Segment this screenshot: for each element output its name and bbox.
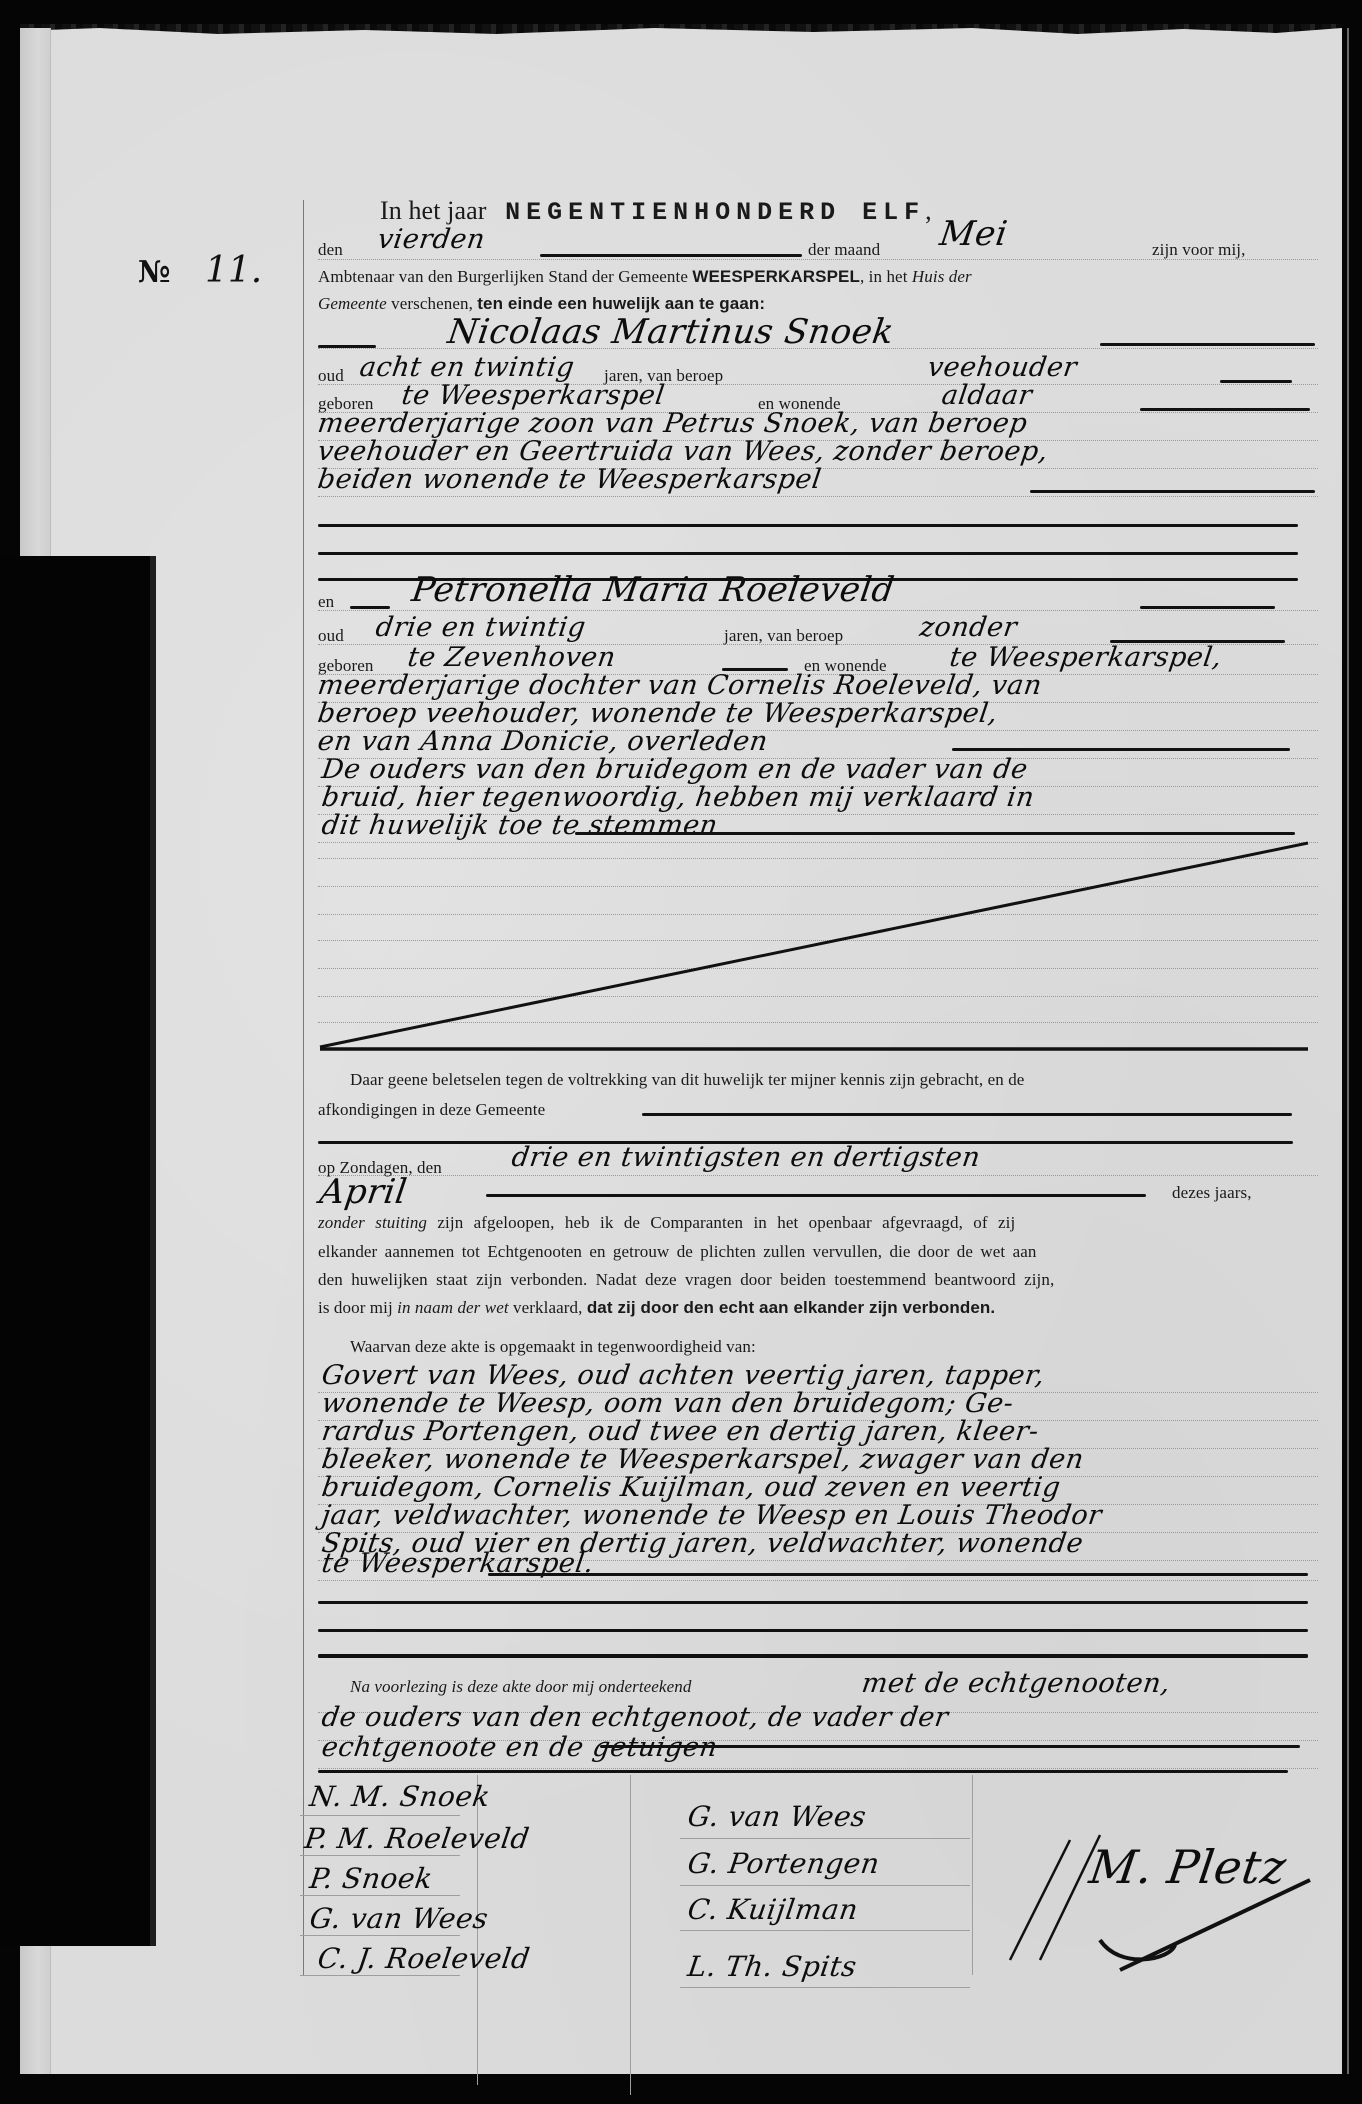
witnesses-intro: Waarvan deze akte is opgemaakt in tegenw… xyxy=(350,1337,756,1357)
groom-parents-line-3: beiden wonende te Weesperkarspel xyxy=(316,464,824,495)
banns-line-1: Daar geene beletselen tegen de voltrekki… xyxy=(350,1070,1024,1090)
black-index-tab xyxy=(0,556,156,1946)
groom-parents-line-1: meerderjarige zoon van Petrus Snoek, van… xyxy=(316,408,1030,439)
witness-line-1: Govert van Wees, oud achten veertig jare… xyxy=(320,1360,1047,1391)
bride-name: Petronella Maria Roeleveld xyxy=(409,570,897,610)
bride-birthplace: te Zevenhoven xyxy=(406,642,618,673)
year-text: NEGENTIENHONDERD ELF xyxy=(505,198,925,227)
signature-witness-3: C. Kuijlman xyxy=(686,1893,861,1926)
groom-residence: aldaar xyxy=(940,380,1034,411)
municipality-name: WEESPERKARSPEL xyxy=(692,267,860,286)
margin-rule xyxy=(303,200,304,1975)
registrar-flourish xyxy=(1000,1810,1330,1980)
header-comma: , xyxy=(925,196,932,225)
witness-line-6: jaar, veldwachter, wonende te Weesp en L… xyxy=(320,1500,1104,1531)
official-text: Ambtenaar van den Burgerlijken Stand der… xyxy=(318,267,688,286)
groom-parents-line-2: veehouder en Geertruida van Wees, zonder… xyxy=(316,436,1050,467)
month-handwritten: Mei xyxy=(937,214,1010,254)
official-line: Ambtenaar van den Burgerlijken Stand der… xyxy=(318,267,972,287)
bride-parents-line-3: en van Anna Donicie, overleden xyxy=(316,726,770,757)
appear-line: Gemeente verschenen, ten einde een huwel… xyxy=(318,294,765,314)
groom-profession: veehouder xyxy=(926,352,1079,383)
signature-groom-mother: G. van Wees xyxy=(308,1902,491,1935)
signature-bride: P. M. Roeleveld xyxy=(303,1822,532,1855)
bride-age: drie en twintig xyxy=(374,612,588,643)
banns-italic: zonder stuiting xyxy=(318,1213,427,1232)
signature-groom-father: P. Snoek xyxy=(308,1862,435,1895)
date-prefix: den xyxy=(318,240,343,260)
page-right-edge xyxy=(1347,28,1349,2074)
bride-parents-line-1: meerderjarige dochter van Cornelis Roele… xyxy=(316,670,1044,701)
this-year-label: dezes jaars, xyxy=(1172,1183,1252,1203)
groom-age: acht en twintig xyxy=(358,352,577,383)
bride-connector: en xyxy=(318,592,334,612)
witness-line-3: rardus Portengen, oud twee en dertig jar… xyxy=(320,1416,1041,1447)
day-handwritten: vierden xyxy=(376,224,487,255)
groom-age-label: oud xyxy=(318,366,344,386)
banns-para-line-2: elkander aannemen tot Echtgenooten en ge… xyxy=(318,1242,1037,1262)
groom-name: Nicolaas Martinus Snoek xyxy=(445,312,896,352)
record-number: 11. xyxy=(205,250,262,291)
signature-witness-1: G. van Wees xyxy=(686,1800,869,1833)
final-text-1: is door mij xyxy=(318,1298,393,1317)
consent-line-2: bruid, hier tegenwoordig, hebben mij ver… xyxy=(320,782,1037,813)
official-italic: Huis der xyxy=(912,267,972,286)
banns-para-line-3: den huwelijken staat zijn verbonden. Nad… xyxy=(318,1270,1054,1290)
appear-italic: Gemeente xyxy=(318,294,387,313)
banns-month-handwritten: April xyxy=(317,1172,409,1212)
banns-text: zijn afgeloopen, heb ik de Comparanten i… xyxy=(427,1213,1015,1232)
official-text-2: , in het xyxy=(860,267,908,286)
consent-line-1: De ouders van den bruidegom en de vader … xyxy=(320,754,1030,785)
appear-bold: ten einde een huwelijk aan te gaan: xyxy=(477,294,765,313)
record-number-label: № xyxy=(138,255,171,290)
bride-residence: te Weesperkarspel, xyxy=(948,642,1224,673)
signing-printed: Na voorlezing is deze akte door mij onde… xyxy=(350,1677,691,1697)
bride-profession: zonder xyxy=(918,612,1019,643)
banns-line-2: afkondigingen in deze Gemeente xyxy=(318,1100,545,1120)
witness-line-2: wonende te Weesp, oom van den bruidegom;… xyxy=(320,1388,1016,1419)
signature-groom: N. M. Snoek xyxy=(308,1780,493,1813)
header-intro: In het jaar xyxy=(380,196,486,225)
appear-text: verschenen, xyxy=(391,294,473,313)
final-text-2: verklaard, xyxy=(513,1298,582,1317)
signature-witness-4: L. Th. Spits xyxy=(686,1950,859,1983)
signing-hand-line-2: de ouders van den echtgenoot, de vader d… xyxy=(320,1702,951,1733)
banns-final-line: is door mij in naam der wet verklaard, d… xyxy=(318,1298,995,1318)
signature-witness-2: G. Portengen xyxy=(686,1847,882,1880)
bride-age-label: oud xyxy=(318,626,344,646)
groom-birthplace: te Weesperkarspel xyxy=(400,380,667,411)
header-line: In het jaar NEGENTIENHONDERD ELF, xyxy=(380,196,932,227)
banns-para-line-1: zonder stuiting zijn afgeloopen, heb ik … xyxy=(318,1213,1015,1233)
witness-line-5: bruidegom, Cornelis Kuijlman, oud zeven … xyxy=(320,1472,1063,1503)
month-label: der maand xyxy=(808,240,880,260)
signing-hand-line-1: met de echtgenooten, xyxy=(860,1668,1173,1699)
date-suffix: zijn voor mij, xyxy=(1152,240,1245,260)
final-bold: dat zij door den echt aan elkander zijn … xyxy=(587,1298,995,1317)
final-italic: in naam der wet xyxy=(397,1298,509,1317)
cancellation-stroke xyxy=(318,835,1318,1055)
signature-bride-father: C. J. Roeleveld xyxy=(316,1942,533,1975)
bride-parents-line-2: beroep veehouder, wonende te Weesperkars… xyxy=(316,698,1000,729)
bride-years-profession-label: jaren, van beroep xyxy=(724,626,843,646)
sundays-handwritten: drie en twintigsten en dertigsten xyxy=(510,1142,983,1173)
witness-line-4: bleeker, wonende te Weesperkarspel, zwag… xyxy=(320,1444,1086,1475)
